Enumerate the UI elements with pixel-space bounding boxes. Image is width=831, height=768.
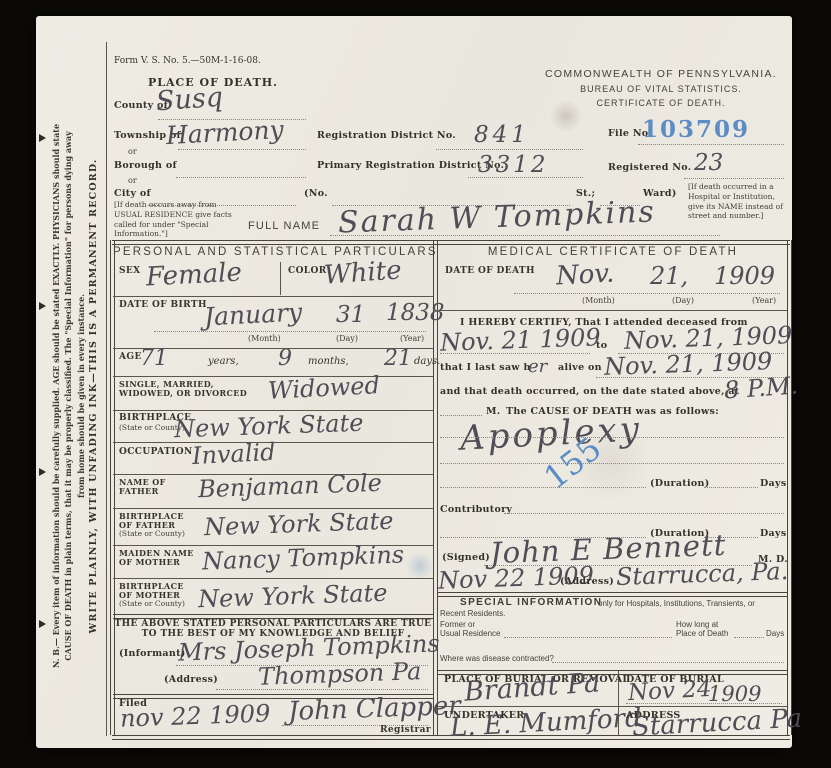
state-county-caption: (State or County)	[119, 599, 185, 609]
margin-nb-line1: N. B.— Every item of information should …	[50, 62, 62, 730]
dod-line	[514, 292, 780, 294]
former-residence-label2: Usual Residence	[440, 629, 500, 638]
form-top-rule	[112, 240, 790, 245]
age-days-value: 21	[384, 346, 412, 371]
file-no-line	[638, 143, 784, 145]
last-saw-mid: alive on	[558, 362, 602, 373]
county-value-handwritten: Susq	[155, 82, 224, 118]
sex-value: Female	[145, 258, 242, 293]
mother-name-value: Nancy Tompkins	[202, 540, 405, 575]
certificate-heading: CERTIFICATE OF DEATH.	[532, 98, 790, 108]
death-month-value: Nov.	[555, 258, 615, 291]
registration-district-value: 841	[474, 122, 530, 148]
informant-address-label: (Address)	[164, 674, 218, 685]
duration1-days-label: Days	[760, 478, 786, 489]
last-saw-pronoun: er	[528, 356, 547, 377]
row-rule	[113, 296, 433, 297]
edge-mark	[39, 620, 46, 628]
former-residence-line	[504, 636, 672, 638]
township-value-handwritten: Harmony	[165, 115, 284, 150]
cause-line-2	[440, 462, 784, 464]
file-no-value-stamp: 103709	[642, 116, 750, 143]
scan-background: { "margin": { "nb1": "N. B.— Every item …	[0, 0, 831, 768]
from-line	[440, 352, 590, 354]
birth-month-value: January	[203, 297, 302, 331]
am-pm-line	[440, 414, 482, 416]
color-label: COLOR	[288, 266, 327, 276]
registrar-signature: John Clapper	[288, 691, 462, 727]
cause-line-1	[440, 436, 784, 438]
death-year-value: 1909	[714, 262, 775, 290]
margin-nb-line3: from home should be given in every insta…	[75, 62, 87, 730]
how-long-days-label: Days	[766, 629, 784, 638]
form-number: Form V. S. No. 5.—50M-1-16-08.	[114, 56, 261, 66]
registered-no-value: 23	[694, 150, 723, 176]
former-residence-label1: Former or	[440, 620, 475, 629]
bureau-heading: BUREAU OF VITAL STATISTICS.	[532, 84, 790, 94]
disease-contracted-line	[552, 661, 784, 663]
registered-no-label: Registered No.	[608, 162, 691, 173]
margin-permanent-note: WRITE PLAINLY, WITH UNFADING INK—THIS IS…	[88, 62, 99, 730]
city-label: City of	[114, 188, 151, 199]
full-name-label: FULL NAME	[248, 220, 320, 232]
borough-line	[176, 176, 306, 178]
days-word: days.	[414, 356, 440, 367]
months-word: months,	[308, 356, 349, 367]
primary-district-label: Primary Registration District No.	[317, 160, 504, 171]
state-county-caption: (State or County)	[119, 529, 185, 539]
special-info-subtitle: only for Hospitals, Institutions, Transi…	[598, 599, 755, 608]
mother-name-label2: OF MOTHER	[119, 557, 180, 567]
form-left-rule	[110, 240, 115, 735]
registration-district-label: Registration District No.	[317, 130, 456, 141]
color-value: White	[323, 255, 403, 290]
or-word: or	[128, 176, 137, 185]
last-saw-pre: that I last saw h	[440, 362, 531, 373]
years-word: years,	[208, 356, 239, 367]
death-time-value: 8 P.M.	[723, 371, 799, 404]
physician-address-label: (Address)	[560, 576, 614, 587]
street-no-label: (No.	[304, 188, 328, 199]
registration-district-line	[436, 148, 583, 150]
margin-nb-note: N. B.— Every item of information should …	[50, 62, 87, 730]
duration2-days-label: Days	[760, 528, 786, 539]
birth-day-value: 31	[336, 302, 365, 328]
medical-section-title: MEDICAL CERTIFICATE OF DEATH	[438, 246, 788, 258]
informant-label: (Informant)	[119, 648, 186, 659]
primary-district-value: 3312	[478, 152, 549, 178]
day-caption: (Day)	[672, 296, 694, 305]
burial-date-line	[626, 702, 782, 704]
signed-label: (Signed)	[442, 552, 490, 563]
edge-mark	[39, 134, 46, 142]
registered-no-line	[684, 177, 784, 179]
usual-residence-note: [If death occurs away from USUAL RESIDEN…	[114, 200, 236, 239]
to-word: to	[596, 340, 607, 351]
father-name-value: Benjaman Cole	[198, 469, 383, 503]
meridiem-label: M.	[486, 406, 500, 417]
how-long-label1: How long at	[676, 620, 718, 629]
special-info-subtitle2: Recent Residents.	[440, 609, 505, 618]
father-birthplace-value: New York State	[204, 507, 394, 542]
edge-mark	[39, 302, 46, 310]
day-caption: (Day)	[336, 334, 358, 343]
filed-date-value: nov 22 1909	[120, 699, 271, 732]
father-label-line2: FATHER	[119, 486, 159, 496]
informant-address-value: Thompson Pa	[258, 657, 422, 691]
death-occurred-statement: and that death occurred, on the date sta…	[440, 386, 740, 397]
age-months-value: 9	[278, 346, 292, 371]
year-caption: (Year)	[752, 296, 776, 305]
mother-birthplace-value: New York State	[198, 579, 388, 614]
form-right-rule	[787, 240, 792, 735]
registrar-label: Registrar	[380, 725, 431, 735]
certificate-paper: N. B.— Every item of information should …	[36, 16, 792, 748]
edge-mark	[39, 468, 46, 476]
duration1-label: (Duration)	[650, 478, 710, 489]
contributory-line	[504, 512, 784, 514]
marital-value: Widowed	[267, 371, 380, 405]
date-of-birth-label: DATE OF BIRTH	[119, 300, 207, 310]
dob-line	[154, 330, 426, 332]
disease-contracted-label: Where was disease contracted?	[440, 654, 554, 663]
how-long-label2: Place of Death	[676, 629, 728, 638]
duration1-line-right	[704, 486, 758, 488]
sex-label: SEX	[119, 266, 141, 276]
month-caption: (Month)	[248, 334, 281, 343]
age-years-value: 71	[140, 346, 168, 371]
duration1-line-left	[440, 486, 646, 488]
margin-divider-line	[106, 42, 107, 736]
birth-year-value: 1838	[386, 300, 445, 326]
occupation-label: OCCUPATION	[119, 447, 193, 457]
special-info-title: SPECIAL INFORMATION	[460, 597, 602, 608]
contributory-label: Contributory	[440, 504, 512, 515]
marital-label-line2: WIDOWED, OR DIVORCED	[119, 388, 247, 398]
cause-of-death-value: Apoplexy	[459, 409, 643, 458]
age-label: AGE	[119, 352, 142, 362]
borough-label: Borough of	[114, 160, 177, 171]
sex-color-divider	[280, 262, 281, 295]
month-caption: (Month)	[582, 296, 615, 305]
hospital-note: [If death occurred in a Hospital or Inst…	[688, 182, 788, 221]
year-caption: (Year)	[400, 334, 424, 343]
row-rule	[438, 310, 787, 311]
date-of-death-label: DATE OF DEATH	[445, 266, 535, 276]
attest-line1: THE ABOVE STATED PERSONAL PARTICULARS AR…	[113, 619, 433, 629]
how-long-line	[734, 636, 764, 638]
margin-nb-line2: CAUSE OF DEATH in plain terms, that it m…	[62, 62, 74, 730]
physician-address-value: Starrucca, Pa.	[616, 557, 789, 591]
occupation-value: Invalid	[191, 438, 276, 470]
death-day-value: 21,	[650, 262, 688, 290]
commonwealth-heading: COMMONWEALTH OF PENNSYLVANIA.	[532, 68, 790, 80]
or-word: or	[128, 147, 137, 156]
